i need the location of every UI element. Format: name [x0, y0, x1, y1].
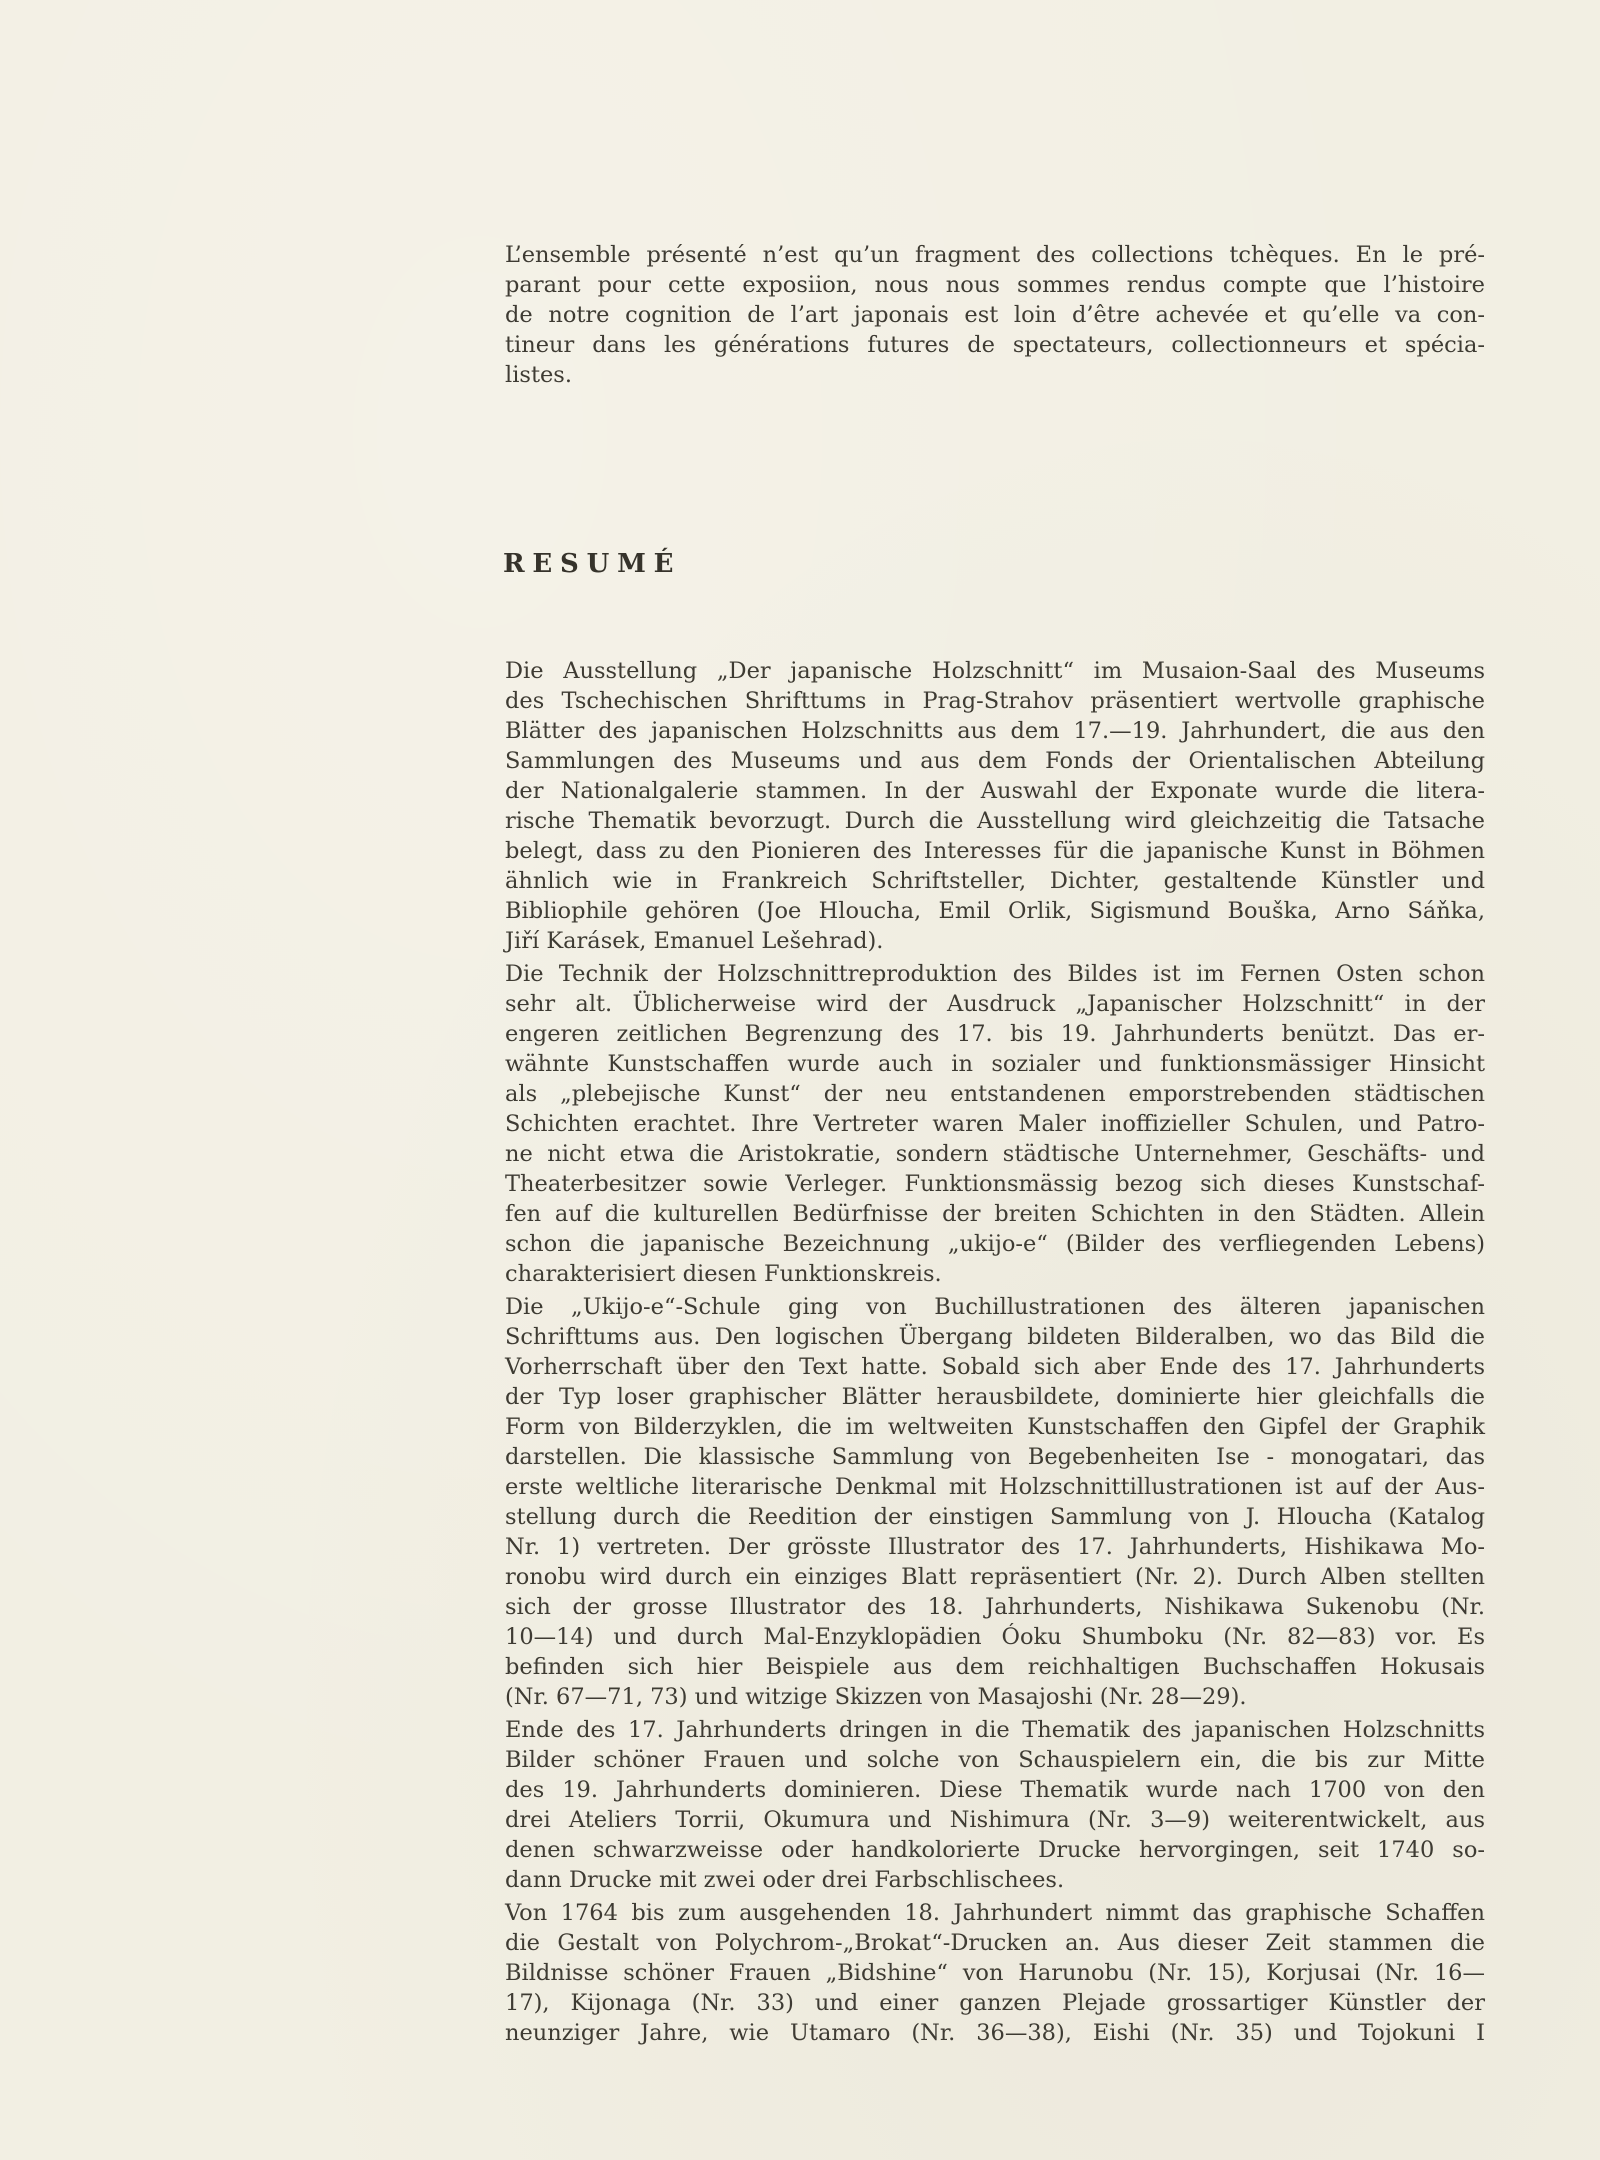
- text-line: 10—14) und durch Mal-Enzyklopädien Óoku …: [505, 1622, 1485, 1652]
- text-line: ne nicht etwa die Aristokratie, sondern …: [505, 1139, 1485, 1169]
- text-line: Sammlungen des Museums und aus dem Fonds…: [505, 746, 1485, 776]
- text-line: erste weltliche literarische Denkmal mit…: [505, 1472, 1485, 1502]
- text-line: Blätter des japanischen Holzschnitts aus…: [505, 716, 1485, 746]
- text-line: ronobu wird durch ein einziges Blatt rep…: [505, 1562, 1485, 1592]
- text-line: wähnte Kunstschaffen wurde auch in sozia…: [505, 1049, 1485, 1079]
- text-line: des 19. Jahrhunderts dominieren. Diese T…: [505, 1775, 1485, 1805]
- text-line: Theaterbesitzer sowie Verleger. Funktion…: [505, 1169, 1485, 1199]
- paragraph: Die Ausstellung „Der japanische Holzschn…: [505, 656, 1485, 956]
- french-intro-paragraph: L’ensemble présenté n’est qu’un fragment…: [505, 240, 1485, 390]
- text-line: rische Thematik bevorzugt. Durch die Aus…: [505, 806, 1485, 836]
- text-line: charakterisiert diesen Funktionskreis.: [505, 1259, 1485, 1289]
- resume-heading: RESUMÉ: [503, 549, 681, 579]
- text-line: stellung durch die Reedition der einstig…: [505, 1502, 1485, 1532]
- paragraph: Von 1764 bis zum ausgehenden 18. Jahrhun…: [505, 1898, 1485, 2048]
- text-line: ähnlich wie in Frankreich Schriftsteller…: [505, 866, 1485, 896]
- text-line: Bilder schöner Frauen und solche von Sch…: [505, 1745, 1485, 1775]
- text-line: fen auf die kulturellen Bedürfnisse der …: [505, 1199, 1485, 1229]
- text-line: dann Drucke mit zwei oder drei Farbschli…: [505, 1865, 1485, 1895]
- paragraph: Die „Ukijo-e“-Schule ging von Buchillust…: [505, 1292, 1485, 1712]
- text-line: Nr. 1) vertreten. Der grösste Illustrato…: [505, 1532, 1485, 1562]
- text-line: der Nationalgalerie stammen. In der Ausw…: [505, 776, 1485, 806]
- text-line: die Gestalt von Polychrom-„Brokat“-Druck…: [505, 1928, 1485, 1958]
- resume-body-text: Die Ausstellung „Der japanische Holzschn…: [505, 656, 1485, 2051]
- text-line: des Tschechischen Shrifttums in Prag-Str…: [505, 686, 1485, 716]
- text-line: Form von Bilderzyklen, die im weltweiten…: [505, 1412, 1485, 1442]
- paragraph: Die Technik der Holzschnittreproduktion …: [505, 959, 1485, 1289]
- text-line: Die Ausstellung „Der japanische Holzschn…: [505, 656, 1485, 686]
- text-line: neunziger Jahre, wie Utamaro (Nr. 36—38)…: [505, 2018, 1485, 2048]
- paragraph: Ende des 17. Jahrhunderts dringen in die…: [505, 1715, 1485, 1895]
- text-line: tineur dans les générations futures de s…: [505, 330, 1485, 360]
- text-line: L’ensemble présenté n’est qu’un fragment…: [505, 240, 1485, 270]
- text-line: belegt, dass zu den Pionieren des Intere…: [505, 836, 1485, 866]
- text-line: drei Ateliers Torrii, Okumura und Nishim…: [505, 1805, 1485, 1835]
- text-line: sehr alt. Üblicherweise wird der Ausdruc…: [505, 989, 1485, 1019]
- text-line: Die Technik der Holzschnittreproduktion …: [505, 959, 1485, 989]
- text-line: (Nr. 67—71, 73) und witzige Skizzen von …: [505, 1682, 1485, 1712]
- text-line: darstellen. Die klassische Sammlung von …: [505, 1442, 1485, 1472]
- text-line: denen schwarzweisse oder handkolorierte …: [505, 1835, 1485, 1865]
- text-line: Jiří Karásek, Emanuel Lešehrad).: [505, 926, 1485, 956]
- text-line: listes.: [505, 360, 1485, 390]
- text-line: Vorherrschaft über den Text hatte. Sobal…: [505, 1352, 1485, 1382]
- text-line: de notre cognition de l’art japonais est…: [505, 300, 1485, 330]
- text-line: Bibliophile gehören (Joe Hloucha, Emil O…: [505, 896, 1485, 926]
- text-line: Schichten erachtet. Ihre Vertreter waren…: [505, 1109, 1485, 1139]
- text-line: engeren zeitlichen Begrenzung des 17. bi…: [505, 1019, 1485, 1049]
- text-line: 17), Kijonaga (Nr. 33) und einer ganzen …: [505, 1988, 1485, 2018]
- paper-page: L’ensemble présenté n’est qu’un fragment…: [0, 0, 1600, 2160]
- text-line: Die „Ukijo-e“-Schule ging von Buchillust…: [505, 1292, 1485, 1322]
- text-line: als „plebejische Kunst“ der neu entstand…: [505, 1079, 1485, 1109]
- text-line: Schrifttums aus. Den logischen Übergang …: [505, 1322, 1485, 1352]
- text-line: Von 1764 bis zum ausgehenden 18. Jahrhun…: [505, 1898, 1485, 1928]
- text-line: schon die japanische Bezeichnung „ukijo-…: [505, 1229, 1485, 1259]
- text-line: der Typ loser graphischer Blätter heraus…: [505, 1382, 1485, 1412]
- text-line: Ende des 17. Jahrhunderts dringen in die…: [505, 1715, 1485, 1745]
- text-line: sich der grosse Illustrator des 18. Jahr…: [505, 1592, 1485, 1622]
- text-line: befinden sich hier Beispiele aus dem rei…: [505, 1652, 1485, 1682]
- text-line: Bildnisse schöner Frauen „Bidshine“ von …: [505, 1958, 1485, 1988]
- text-line: parant pour cette exposiion, nous nous s…: [505, 270, 1485, 300]
